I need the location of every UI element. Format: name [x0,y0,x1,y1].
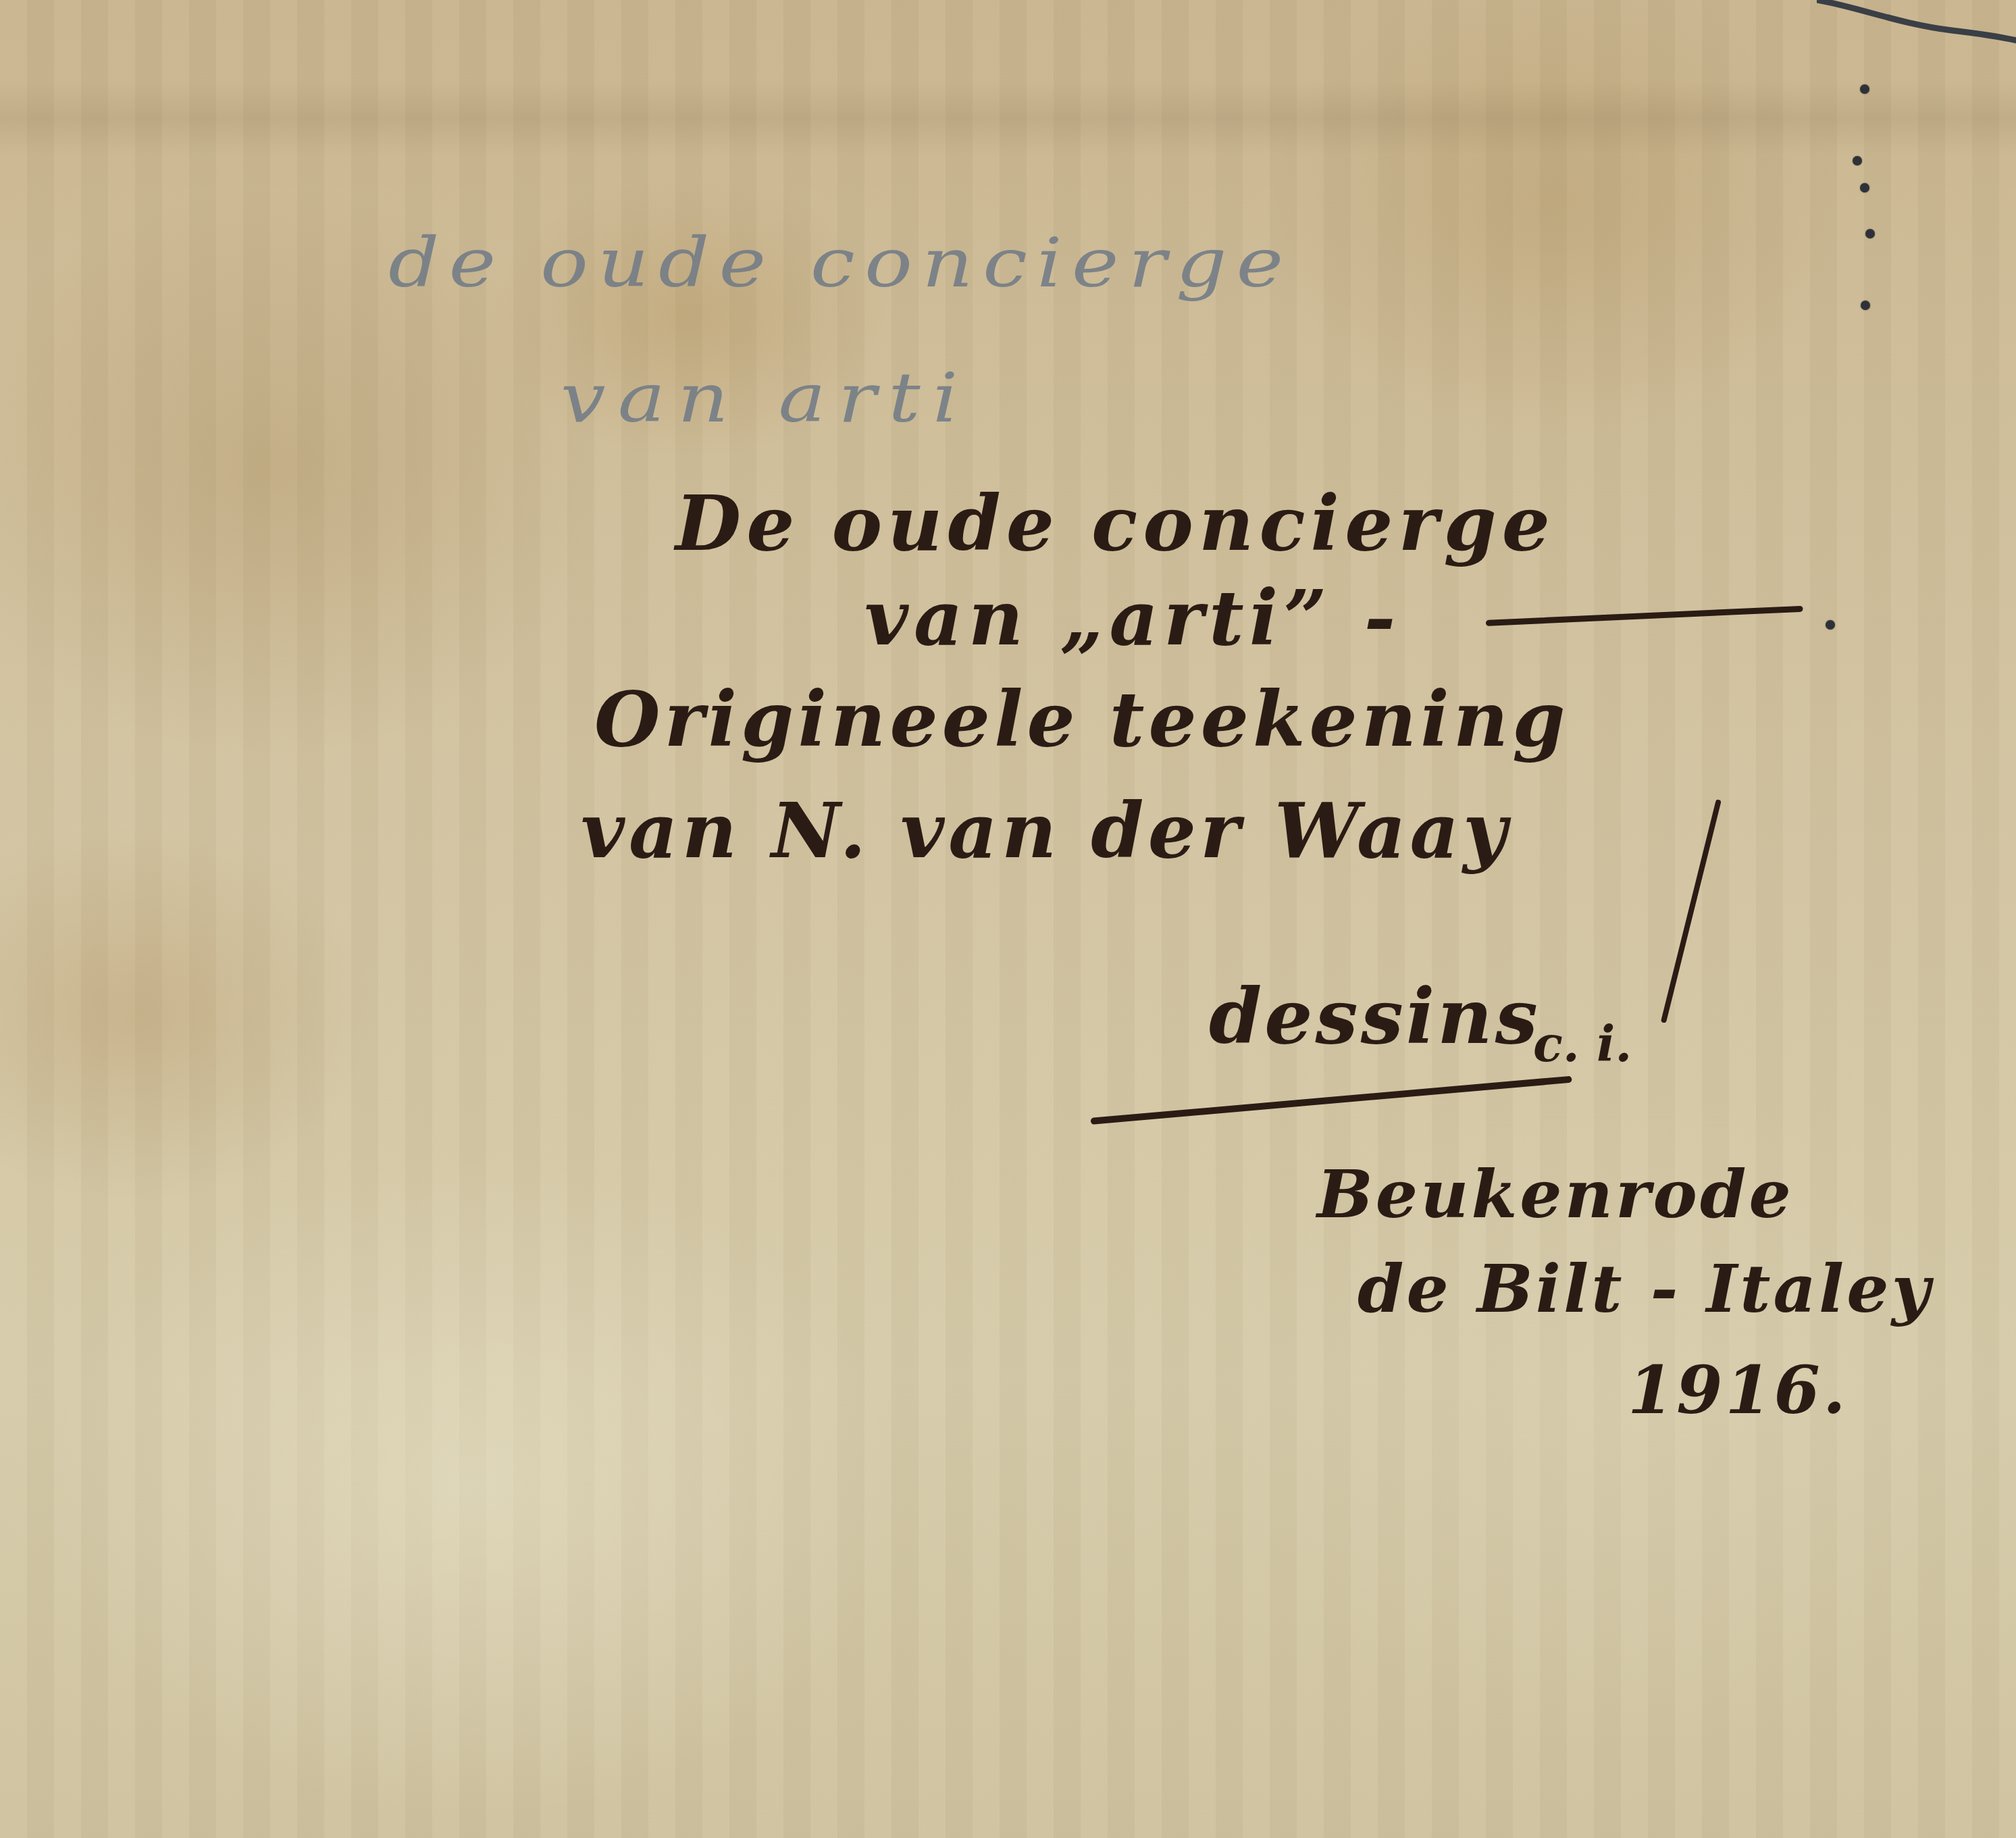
tack-hole [1853,156,1862,165]
ink-line-dessins: dessins [1209,979,1541,1055]
ink-line-place-de-bilt: de Bilt - Italey [1358,1256,1933,1323]
ink-line-original-drawing: Origineele teekening [594,682,1570,758]
pencil-line-title: de oude concierge [388,229,1293,297]
ink-line-van-arti: van „arti” - [864,581,1401,657]
tack-hole [1860,183,1869,193]
tack-hole [1860,84,1869,94]
tack-hole [1865,229,1875,238]
hanging-wire [1817,0,2016,54]
ink-line-ci: c. i. [1533,1020,1632,1069]
tack-hole [1826,620,1835,630]
ink-line-year: 1916. [1628,1358,1849,1424]
ink-line-artist: van N. van der Waay [581,794,1511,869]
tack-hole [1861,301,1870,310]
ink-line-title: De oude concierge [675,486,1555,562]
pencil-line-subtitle: van arti [561,364,970,432]
ink-line-place-beukenrode: Beukenrode [1317,1162,1794,1228]
